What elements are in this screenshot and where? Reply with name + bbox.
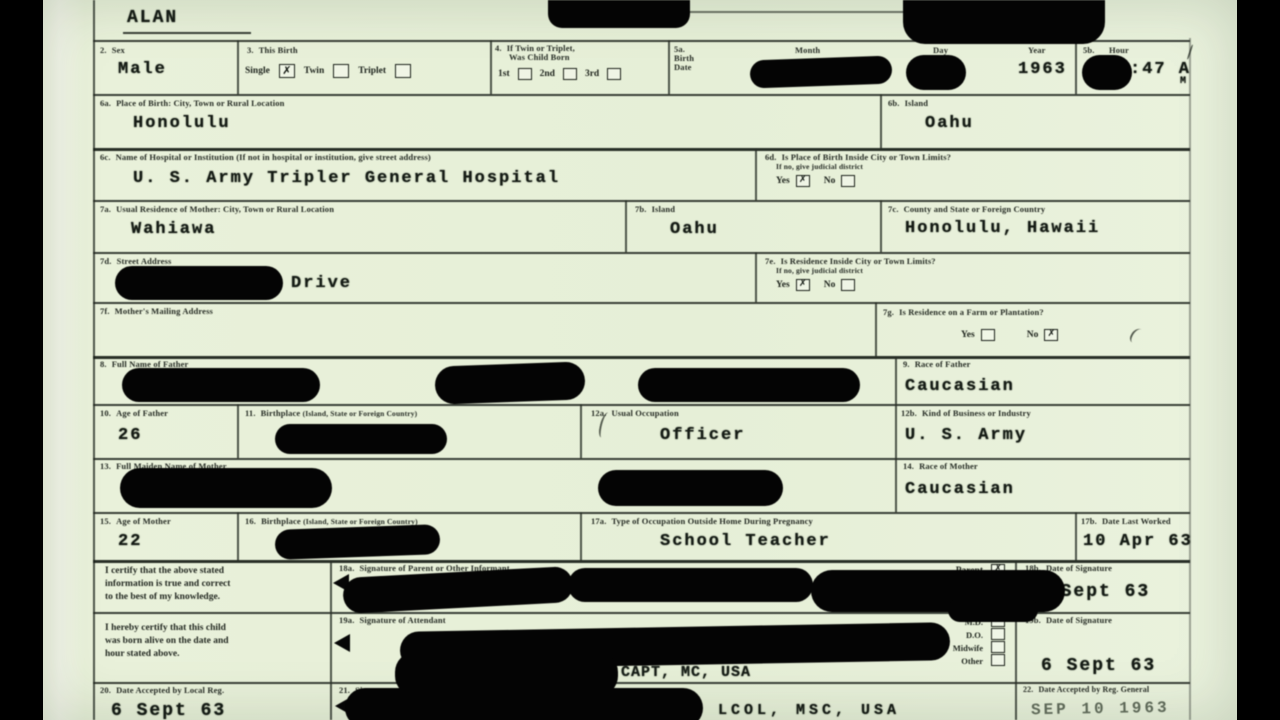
- field-father-birthplace-label: 11.Birthplace (Island, State or Foreign …: [245, 408, 417, 419]
- field-mother-occupation-label: 17a.Type of Occupation Outside Home Duri…: [591, 516, 813, 526]
- label-text: Kind of Business or Industry: [922, 408, 1031, 418]
- redaction-mark: [345, 688, 703, 720]
- field-number: 6b.: [888, 98, 900, 108]
- label-text: Street Address: [117, 256, 172, 266]
- field-number: 12a.: [591, 408, 606, 418]
- label-text: This Birth: [259, 45, 298, 55]
- label-text: Birthplace: [261, 408, 301, 418]
- redaction-mark: [120, 468, 332, 508]
- field-number: 6c.: [100, 152, 111, 162]
- label-text: Signature of Attendant: [359, 615, 445, 625]
- redaction-mark: [122, 368, 320, 402]
- birth-certificate-document: ALAN 2.Sex Male 3.This Birth Single ✗ Tw…: [43, 0, 1237, 720]
- checkbox-single: ✗: [279, 64, 295, 78]
- label-text: Date of Signature: [1046, 615, 1112, 625]
- grid-line-v: [330, 560, 332, 720]
- field-birth-date-label2: Date: [674, 62, 692, 72]
- grid-line-v: [1075, 40, 1077, 94]
- field-local-reg-date-value: 6 Sept 63: [111, 701, 226, 720]
- grid-line-v: [237, 512, 239, 560]
- field-general-reg-date-stamp: SEP 10 1963: [1031, 699, 1170, 719]
- field-sex-label: 2.Sex: [100, 45, 125, 55]
- yes-label: Yes: [776, 176, 790, 186]
- inside-limits-res-options: Yes ✗ No: [776, 279, 857, 291]
- checkbox-1st: [518, 68, 532, 80]
- checkbox-yes: ✗: [796, 279, 810, 291]
- grid-line-v: [580, 512, 582, 560]
- field-this-birth-label: 3.This Birth: [247, 45, 298, 55]
- grid-line-h: [93, 302, 1190, 304]
- attendant-cert-line1: I hereby certify that this child: [105, 622, 226, 635]
- month-header: Month: [795, 45, 820, 55]
- label-subtext: (Island, State or Foreign Country): [303, 409, 418, 418]
- field-hour-number: 5b.: [1083, 45, 1095, 55]
- grid-line-h: [93, 94, 1190, 96]
- year-header: Year: [1028, 45, 1046, 55]
- grid-line-h: [93, 148, 1190, 151]
- redaction-mark: [903, 0, 1105, 44]
- field-number: 15.: [100, 516, 111, 526]
- field-number: 7a.: [100, 204, 111, 214]
- field-number: 7d.: [100, 256, 112, 266]
- no-label: No: [1027, 330, 1039, 340]
- grid-line-h: [93, 356, 1190, 359]
- field-number: 7c.: [888, 204, 899, 214]
- field-island-7b-label: 7b.Island: [635, 204, 675, 214]
- grid-line-v: [580, 404, 582, 458]
- option-3rd-label: 3rd: [585, 69, 599, 79]
- field-island-7b-value: Oahu: [670, 220, 719, 240]
- grid-line-v: [755, 252, 757, 302]
- attendant-sig-visible-value: CAPT, MC, USA: [621, 663, 751, 683]
- name-underline: [123, 32, 251, 34]
- field-number: 8.: [100, 359, 107, 369]
- field-mother-age-value: 22: [118, 532, 142, 552]
- scanned-form: ALAN 2.Sex Male 3.This Birth Single ✗ Tw…: [43, 0, 1237, 720]
- field-place-of-birth-value: Honolulu: [133, 114, 231, 134]
- field-father-industry-label: 12b.Kind of Business or Industry: [901, 408, 1031, 418]
- label-text: Is Place of Birth Inside City or Town Li…: [782, 152, 952, 162]
- field-number: 18a.: [339, 563, 354, 573]
- field-mother-age-label: 15.Age of Mother: [100, 516, 171, 526]
- option-single-label: Single: [245, 66, 270, 76]
- child-name-value: ALAN: [127, 8, 178, 28]
- field-number: 10.: [100, 408, 111, 418]
- option-triplet-label: Triplet: [358, 66, 386, 76]
- field-number: 17a.: [591, 516, 606, 526]
- checkbox-no: ✗: [1044, 329, 1058, 341]
- grid-line-v: [237, 40, 239, 94]
- label-text: Race of Father: [915, 359, 971, 369]
- field-farm-label: 7g.Is Residence on a Farm or Plantation?: [883, 307, 1044, 317]
- redaction-mark: [948, 598, 1038, 622]
- checkbox-triplet: [395, 64, 411, 78]
- label-text: Date Last Worked: [1102, 516, 1171, 526]
- checkbox-twin: [333, 64, 349, 78]
- redaction-mark: [275, 524, 441, 560]
- redaction-mark: [115, 266, 283, 300]
- field-number: 6d.: [765, 152, 777, 162]
- grid-line-v: [625, 200, 627, 252]
- redaction-mark: [548, 0, 690, 28]
- field-father-race-value: Caucasian: [905, 377, 1015, 397]
- field-number: 19a.: [339, 615, 354, 625]
- grid-line-v: [755, 148, 757, 200]
- hour-meridiem: M: [1180, 72, 1188, 92]
- label-text: Age of Father: [116, 408, 168, 418]
- field-number: 7b.: [635, 204, 647, 214]
- label-text: Island: [652, 204, 676, 214]
- grid-line-v: [875, 302, 877, 356]
- field-mother-race-value: Caucasian: [905, 480, 1015, 500]
- field-mother-race-label: 14.Race of Mother: [903, 461, 978, 471]
- grid-line-v: [880, 94, 882, 148]
- field-number: 6a.: [100, 98, 111, 108]
- field-mailing-address-label: 7f.Mother's Mailing Address: [100, 306, 213, 316]
- field-number: 2.: [100, 45, 107, 55]
- field-place-of-birth-label: 6a.Place of Birth: City, Town or Rural L…: [100, 98, 285, 108]
- field-number: 11.: [245, 408, 256, 418]
- field-number: 4.: [495, 43, 502, 53]
- grid-line-h: [93, 512, 1190, 514]
- label-text: Name of Hospital or Institution (If not …: [116, 152, 431, 162]
- this-birth-options: Single ✗ Twin Triplet: [245, 64, 413, 78]
- screenshot-canvas: ALAN 2.Sex Male 3.This Birth Single ✗ Tw…: [0, 0, 1280, 720]
- label-text: Date Accepted by Reg. General: [1038, 685, 1149, 694]
- field-street-address-label: 7d.Street Address: [100, 256, 171, 266]
- field-mother-occupation-value: School Teacher: [660, 532, 831, 552]
- field-father-industry-value: U. S. Army: [905, 426, 1027, 446]
- field-attendant-date-label: 19b.Date of Signature: [1025, 615, 1112, 625]
- field-number: 9.: [903, 359, 910, 369]
- label-text: Island: [905, 98, 929, 108]
- label-text: Is Residence Inside City or Town Limits?: [781, 256, 936, 266]
- field-attendant-date-value: 6 Sept 63: [1041, 656, 1156, 676]
- field-number: 21.: [339, 685, 350, 695]
- field-residence-value: Wahiawa: [131, 220, 216, 240]
- grid-line-v: [880, 200, 882, 252]
- field-number: 7e.: [765, 256, 776, 266]
- checkbox-do: [991, 628, 1005, 640]
- redaction-mark: [434, 361, 585, 404]
- field-date-last-worked-value: 10 Apr 63: [1083, 532, 1193, 552]
- option-twin-label: Twin: [304, 66, 324, 76]
- no-label: No: [824, 280, 836, 290]
- redaction-mark: [342, 566, 574, 614]
- checkbox-other: [991, 654, 1005, 666]
- inside-limits-birth-options: Yes ✗ No: [776, 175, 857, 187]
- pen-mark: [1128, 326, 1146, 346]
- field-hospital-label: 6c.Name of Hospital or Institution (If n…: [100, 152, 431, 162]
- field-number: 22.: [1023, 685, 1033, 694]
- informant-cert-line3: to the best of my knowledge.: [105, 591, 220, 604]
- field-inside-limits-birth-label: 6d.Is Place of Birth Inside City or Town…: [765, 152, 951, 162]
- informant-cert-line2: information is true and correct: [105, 578, 230, 591]
- label-text: Date of Signature: [1046, 563, 1112, 573]
- attendant-cert-line3: hour stated above.: [105, 648, 180, 661]
- redaction-mark: [906, 55, 966, 90]
- label-text: Mother's Mailing Address: [115, 306, 213, 316]
- field-number: 3.: [247, 45, 254, 55]
- label-text: Is Residence on a Farm or Plantation?: [899, 307, 1044, 317]
- field-number: 20.: [100, 685, 111, 695]
- field-county-state-value: Honolulu, Hawaii: [905, 219, 1100, 239]
- farm-options: Yes No ✗: [961, 329, 1060, 341]
- field-twin-order-label2: Was Child Born: [509, 52, 570, 62]
- field-number: 7g.: [883, 307, 894, 317]
- checkbox-3rd: [607, 68, 621, 80]
- redaction-mark: [598, 470, 783, 506]
- field-father-race-label: 9.Race of Father: [903, 359, 971, 369]
- redaction-mark: [638, 368, 860, 402]
- field-father-age-label: 10.Age of Father: [100, 408, 168, 418]
- field-father-occupation-value: Officer: [660, 426, 745, 446]
- option-1st-label: 1st: [498, 69, 510, 79]
- name-baseline: [690, 11, 905, 13]
- field-number: 12b.: [901, 408, 917, 418]
- no-label: No: [824, 176, 836, 186]
- grid-line-h: [93, 458, 1190, 460]
- field-number: 14.: [903, 461, 914, 471]
- grid-line-h: [93, 200, 1190, 202]
- registrar-sig-visible-value: LCOL, MSC, USA: [718, 701, 900, 720]
- day-header: Day: [933, 45, 948, 55]
- field-inside-limits-res-sublabel: If no, give judicial district: [776, 266, 863, 276]
- label-text: Type of Occupation Outside Home During P…: [611, 516, 812, 526]
- checkbox-no: [841, 279, 855, 291]
- field-father-occupation-label: 12a.Usual Occupation: [591, 408, 679, 418]
- field-inside-limits-birth-sublabel: If no, give judicial district: [776, 162, 863, 172]
- label-text: Date Accepted by Local Reg.: [116, 685, 224, 695]
- grid-line-v: [237, 404, 239, 458]
- label-text: Place of Birth: City, Town or Rural Loca…: [116, 98, 284, 108]
- attendant-cert-line2: was born alive on the date and: [105, 635, 229, 648]
- field-number: 13.: [100, 461, 111, 471]
- grid-line-h: [93, 252, 1190, 254]
- label-text: Usual Residence of Mother: City, Town or…: [116, 204, 334, 214]
- label-text: Usual Occupation: [611, 408, 678, 418]
- field-number: 16.: [245, 516, 256, 526]
- label-text: Birthplace: [261, 516, 301, 526]
- yes-label: Yes: [961, 330, 975, 340]
- year-value: 1963: [1018, 60, 1067, 80]
- redaction-mark: [275, 424, 447, 454]
- field-island-6b-value: Oahu: [925, 114, 974, 134]
- checkbox-2nd: [563, 68, 577, 80]
- redaction-mark: [750, 56, 893, 89]
- grid-line-h: [93, 404, 1190, 406]
- informant-cert-line1: I certify that the above stated: [105, 565, 224, 578]
- option-2nd-label: 2nd: [540, 69, 555, 79]
- grid-line-v: [1189, 38, 1191, 720]
- grid-line-v: [1075, 512, 1077, 560]
- redaction-mark: [334, 634, 350, 652]
- field-island-6b-label: 6b.Island: [888, 98, 928, 108]
- field-hospital-value: U. S. Army Tripler General Hospital: [133, 169, 560, 189]
- grid-line-v: [668, 40, 670, 94]
- field-number: 7f.: [100, 306, 110, 316]
- yes-label: Yes: [776, 280, 790, 290]
- field-general-reg-date-label: 22.Date Accepted by Reg. General: [1023, 685, 1149, 695]
- checkbox-midwife: [991, 641, 1005, 653]
- grid-line-v: [895, 458, 897, 512]
- twin-order-options: 1st 2nd 3rd: [498, 68, 623, 80]
- checkbox-no: [841, 175, 855, 187]
- field-date-last-worked-label: 17b.Date Last Worked: [1081, 516, 1171, 526]
- field-father-age-value: 26: [118, 426, 142, 446]
- field-hour-label: Hour: [1109, 45, 1129, 55]
- field-attendant-sig-label: 19a.Signature of Attendant: [339, 615, 446, 625]
- field-local-reg-date-label: 20.Date Accepted by Local Reg.: [100, 685, 224, 695]
- grid-line-v: [895, 356, 897, 404]
- field-residence-label: 7a.Usual Residence of Mother: City, Town…: [100, 204, 334, 214]
- label-text: Race of Mother: [919, 461, 978, 471]
- field-street-address-visible-value: Drive: [291, 274, 352, 294]
- field-number: 17b.: [1081, 516, 1097, 526]
- grid-line-v: [895, 404, 897, 458]
- label-text: Sex: [112, 45, 125, 55]
- field-county-state-label: 7c.County and State or Foreign Country: [888, 204, 1045, 214]
- label-text: Age of Mother: [116, 516, 171, 526]
- label-text: County and State or Foreign Country: [904, 204, 1046, 214]
- field-sex-value: Male: [118, 60, 167, 80]
- checkbox-yes: [981, 329, 995, 341]
- redaction-mark: [568, 568, 813, 602]
- grid-line-v: [490, 40, 492, 94]
- checkbox-yes: ✗: [796, 175, 810, 187]
- redaction-mark: [1082, 55, 1132, 90]
- field-inside-limits-res-label: 7e.Is Residence Inside City or Town Limi…: [765, 256, 936, 266]
